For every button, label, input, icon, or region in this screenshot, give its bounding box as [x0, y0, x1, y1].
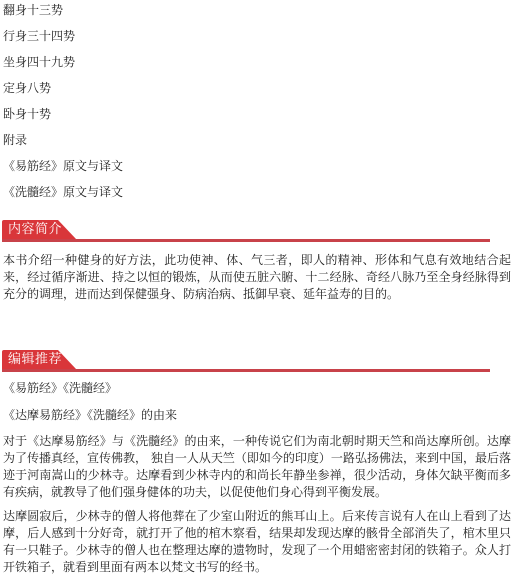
intro-heading: 内容简介 [2, 220, 76, 239]
table-of-contents: 翻身十三势 行身三十四势 坐身四十九势 定身八势 卧身十势 附录 《易筋经》原文… [3, 2, 123, 210]
toc-item: 附录 [3, 132, 123, 158]
toc-item: 坐身四十九势 [3, 54, 123, 80]
recommend-line-2: 《达摩易筋经》《洗髓经》的由来 [3, 407, 177, 424]
intro-section-header: 内容简介 [2, 220, 490, 242]
recommend-heading: 编辑推荐 [2, 350, 76, 369]
recommend-paragraph-1: 对于《达摩易筋经》与《洗髓经》的由来，一种传说它们为南北朝时期天竺和尚达摩所创。… [3, 433, 511, 501]
recommend-line-1: 《易筋经》《洗髓经》 [3, 380, 117, 397]
toc-item: 翻身十三势 [3, 2, 123, 28]
toc-item: 定身八势 [3, 80, 123, 106]
section-divider [2, 239, 490, 242]
recommend-paragraph-2: 达摩圆寂后，少林寺的僧人将他葬在了少室山附近的熊耳山上。后来传言说有人在山上看到… [3, 508, 511, 575]
intro-text: 本书介绍一种健身的好方法，此功使神、体、气三者，即人的精神、形体和气息有效地结合… [3, 252, 511, 303]
toc-item: 行身三十四势 [3, 28, 123, 54]
toc-item: 《洗髓经》原文与译文 [3, 184, 123, 210]
section-divider [2, 369, 490, 372]
recommend-section-header: 编辑推荐 [2, 350, 490, 372]
toc-item: 卧身十势 [3, 106, 123, 132]
toc-item: 《易筋经》原文与译文 [3, 158, 123, 184]
